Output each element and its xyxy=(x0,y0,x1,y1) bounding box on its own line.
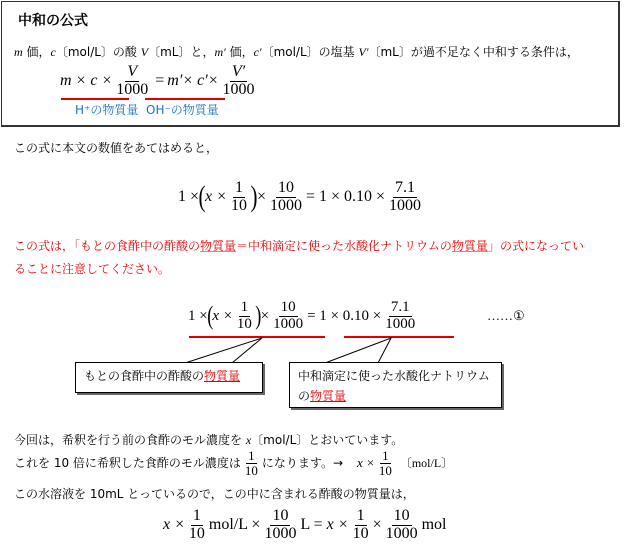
explanation-line-3: この水溶液を 10mL とっているので，この中に含まれる酢酸の物質量は， xyxy=(14,486,415,502)
explanation-line-1: 今回は，希釈を行う前の食酢のモル濃度を x〔mol/L〕とおいています。 xyxy=(14,432,403,448)
equation-3: x × 110 mol/L × 101000 L = x × 110 × 101… xyxy=(163,508,446,543)
explanation-line-2: これを 10 倍に希釈した食酢のモル濃度は 110 になります。→ x × 11… xyxy=(14,449,453,477)
callout-acetic-acid: もとの食酢中の酢酸の物質量 xyxy=(75,362,263,393)
callout-sodium-hydroxide: 中和滴定に使った水酸化ナトリウム の物質量 xyxy=(289,362,502,408)
